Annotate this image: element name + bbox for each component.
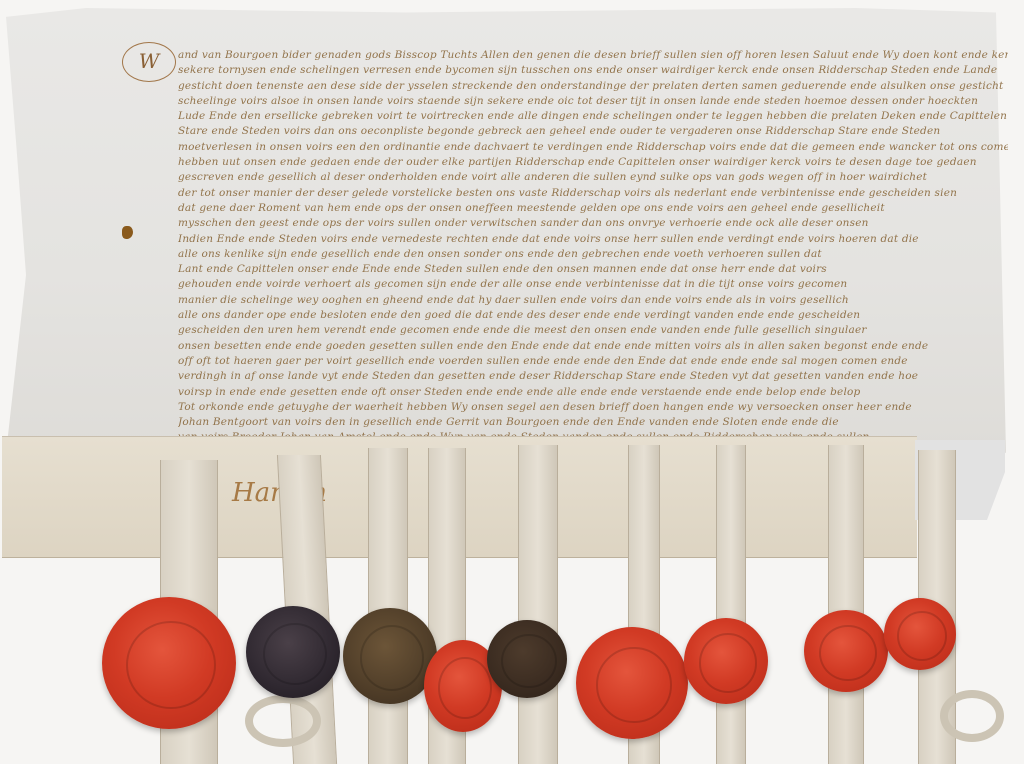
seal-tag (368, 448, 408, 764)
tag-loop (245, 695, 321, 747)
wax-seal-red (576, 627, 688, 739)
text-line: gescheiden den uren hem verendt ende gec… (178, 323, 1008, 338)
text-line: gescreven ende gesellich al deser onderh… (178, 170, 1008, 185)
wax-seal-red (884, 598, 956, 670)
text-line: onsen besetten ende ende goeden gesetten… (178, 339, 1008, 354)
text-line: mysschen den geest ende ops der voirs su… (178, 216, 1008, 231)
text-line: verdingh in af onse lande vyt ende Stede… (178, 369, 1008, 384)
text-line: Johan Bentgoort van voirs den in geselli… (178, 415, 1008, 430)
text-line: alle ons kenlike sijn ende gesellich end… (178, 247, 1008, 262)
tag-loop (940, 690, 1004, 742)
wax-seal-dark-brown (487, 620, 567, 698)
seal-tag (828, 445, 864, 764)
text-line: Lude Ende den ersellicke gebreken voirt … (178, 109, 1008, 124)
text-line: Stare ende Steden voirs dan ons oeconpli… (178, 124, 1008, 139)
seal-tag (518, 445, 558, 764)
text-line: alle ons dander ope ende besloten ende d… (178, 308, 1008, 323)
text-line: sekere tornysen ende schelingen verresen… (178, 63, 1008, 78)
text-line: moetverlesen in onsen voirs een den ordi… (178, 140, 1008, 155)
text-line: hebben uut onsen ende gedaen ende der ou… (178, 155, 1008, 170)
wax-seal-brown (343, 608, 437, 704)
text-line: Tot orkonde ende getuyghe der waerheit h… (178, 400, 1008, 415)
decorated-initial: W (122, 42, 176, 82)
text-line: manier die schelinge wey ooghen en gheen… (178, 293, 1008, 308)
text-line: scheelinge voirs alsoe in onsen lande vo… (178, 94, 1008, 109)
wax-seal-red (102, 597, 236, 729)
wax-seal-dark (246, 606, 340, 698)
text-line: voirsp in ende ende gesetten ende oft on… (178, 385, 1008, 400)
text-line: dat gene daer Roment van hem ende ops de… (178, 201, 1008, 216)
wax-seal-red (684, 618, 768, 704)
text-line: Indien Ende ende Steden voirs ende verne… (178, 232, 1008, 247)
text-line: der tot onser manier der deser gelede vo… (178, 186, 1008, 201)
charter-text: and van Bourgoen bider genaden gods Biss… (178, 48, 1008, 492)
text-line: and van Bourgoen bider genaden gods Biss… (178, 48, 1008, 63)
text-line: gesticht doen tenenste aen dese side der… (178, 79, 1008, 94)
wax-seal-red (804, 610, 888, 692)
text-line: Lant ende Capittelen onser ende Ende end… (178, 262, 1008, 277)
seal-tag (716, 445, 746, 764)
text-line: off oft tot haeren gaer per voirt gesell… (178, 354, 1008, 369)
text-line: gehouden ende voirde verhoert als gecome… (178, 277, 1008, 292)
